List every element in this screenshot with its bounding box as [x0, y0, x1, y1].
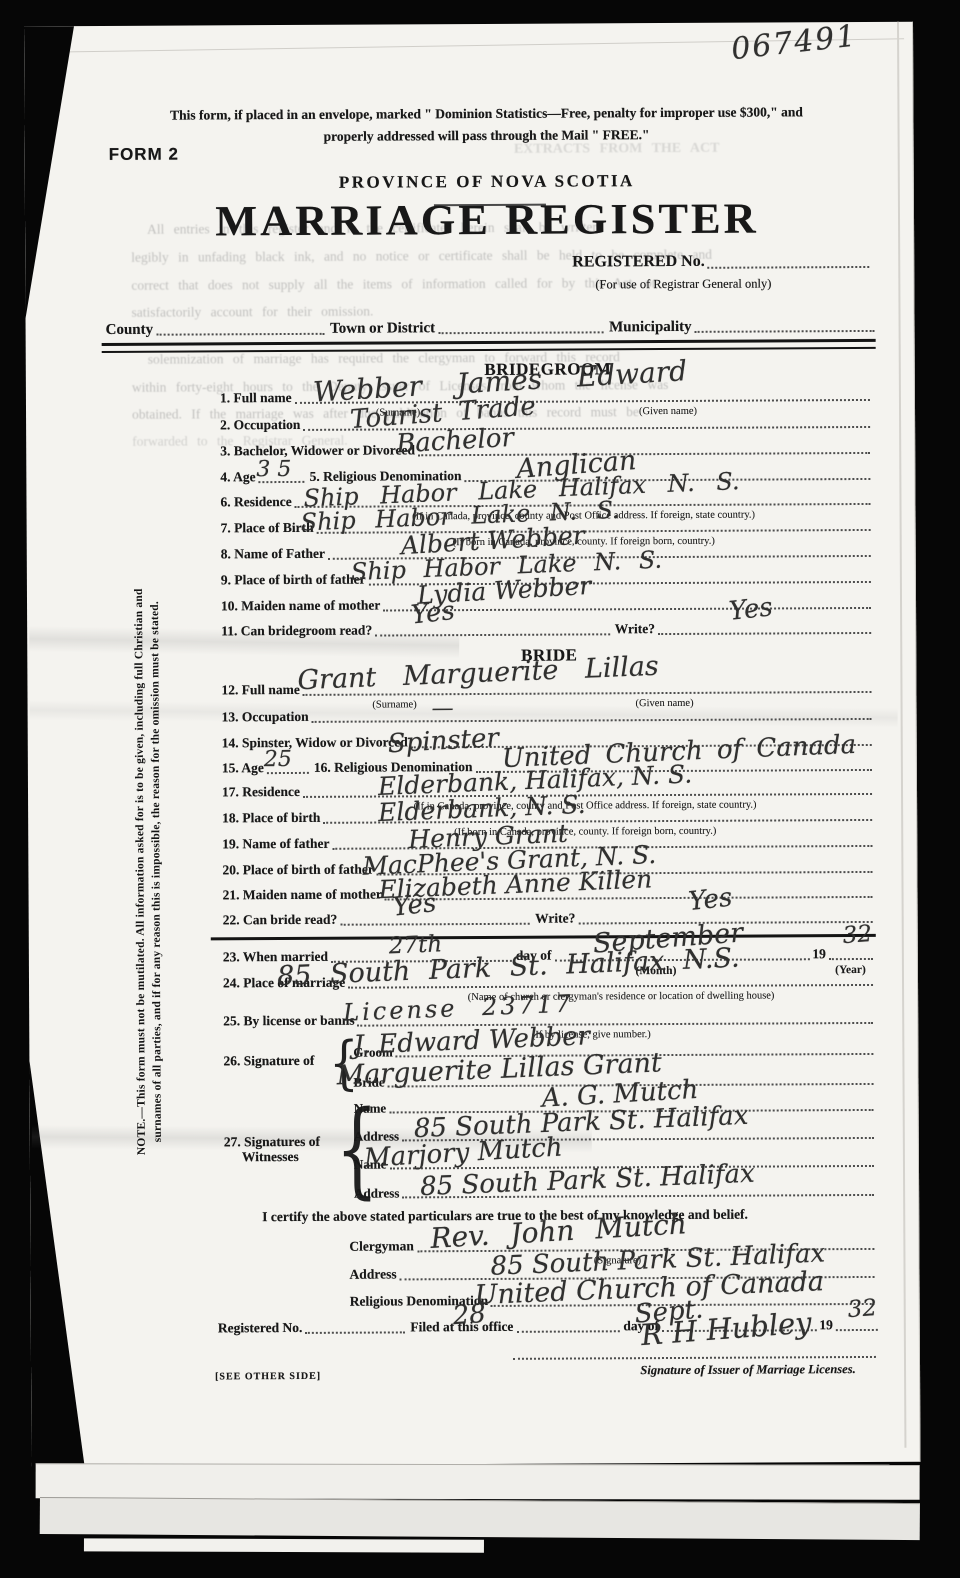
- hw-groom-age: 3 5: [256, 459, 291, 481]
- clergyman-label: Clergyman: [349, 1239, 417, 1254]
- witness2-address-label: Address: [354, 1186, 402, 1201]
- bride-full-name-label: 12. Full name: [221, 683, 302, 698]
- blank-line: [513, 1354, 876, 1360]
- municipality-blank: [695, 328, 875, 333]
- license-banns-label: 25. By license or banns: [223, 1014, 357, 1030]
- witnesses-label-line1: 27. Signatures of: [224, 1134, 320, 1151]
- father-birthplace-label: 9. Place of birth of father: [221, 573, 369, 589]
- scan-edge-mark: [915, 325, 941, 335]
- hw-groom-can-read: Yes: [410, 598, 456, 629]
- year-blank: [829, 956, 873, 960]
- hw-filed-year: 32: [847, 1297, 878, 1322]
- field-bride-read-write: 22. Can bride read? Write?: [223, 905, 873, 928]
- can-write-label: Write?: [610, 622, 658, 637]
- hw-groom-can-write: Yes: [728, 594, 774, 625]
- residence-label: 6. Residence: [220, 495, 294, 510]
- mother-name-label: 10. Maiden name of mother: [221, 599, 383, 615]
- registered-no-label: REGISTERED No.: [572, 253, 708, 271]
- hw-groom-status: Bachelor: [396, 425, 515, 458]
- bride-birthplace-label: 18. Place of birth: [222, 811, 323, 826]
- stacked-sheet-2: [40, 1497, 920, 1540]
- stacked-sheet-3: [84, 1538, 484, 1552]
- field-occupation: 2. Occupation: [220, 410, 870, 433]
- spinster-label: 14. Spinster, Widow or Divorced: [222, 736, 411, 752]
- town-district-label: Town or District: [324, 320, 438, 337]
- filed-year-prefix: 19: [816, 1318, 836, 1333]
- county-row: County Town or District Municipality: [106, 312, 875, 338]
- full-name-label: 1. Full name: [220, 391, 295, 406]
- bride-age-label: 15. Age: [222, 761, 267, 776]
- filed-day-blank: [516, 1328, 619, 1333]
- occupation-label: 2. Occupation: [220, 418, 303, 433]
- clergyman-address-label: Address: [350, 1268, 400, 1283]
- year-prefix: 19: [809, 947, 829, 962]
- signature-of-label: 26. Signature of: [223, 1053, 314, 1069]
- bleedthrough-text: correct that does not supply all the ite…: [131, 275, 656, 294]
- bride-father-birthplace-label: 20. Place of birth of father: [222, 863, 377, 879]
- filed-year-blank: [836, 1327, 878, 1331]
- registered-no-blank: [305, 1329, 405, 1334]
- witnesses-label-line2: Witnesses: [242, 1149, 299, 1165]
- write-blank: [658, 630, 871, 635]
- hw-bride-can-write: Yes: [687, 884, 733, 915]
- bride-mother-label: 21. Maiden name of mother: [223, 888, 385, 904]
- bride-can-read-label: 22. Can bride read?: [223, 913, 341, 928]
- stacked-sheet-1: [36, 1463, 920, 1500]
- bride-occupation-label: 13. Occupation: [222, 710, 312, 725]
- hw-bride-age: 25: [264, 749, 292, 771]
- issuer-signature-label: Signature of Issuer of Marriage Licenses…: [603, 1362, 893, 1379]
- bachelor-label: 3. Bachelor, Widower or Divorced: [220, 443, 418, 459]
- registered-no-hint: (For use of Registrar General only): [595, 276, 771, 292]
- hw-bride-status: Spinster: [387, 725, 499, 757]
- municipality-label: Municipality: [603, 318, 695, 335]
- bride-can-write-label: Write?: [530, 912, 578, 927]
- registered-no-row: REGISTERED No.: [572, 250, 869, 272]
- form-number: FORM 2: [109, 145, 179, 165]
- scanned-document: EXTRACTS FROM THE ACT All entries in thi…: [0, 0, 960, 1578]
- blank-line: [708, 264, 870, 269]
- field-bride-occupation: 13. Occupation: [222, 702, 872, 725]
- can-read-label: 11. Can bridegroom read?: [221, 624, 375, 640]
- witness1-name-label: Name: [354, 1101, 390, 1115]
- hw-filed-day: 28: [452, 1301, 487, 1329]
- read-blank: [375, 631, 610, 636]
- hw-bride-can-read: Yes: [391, 890, 437, 921]
- county-label: County: [106, 321, 157, 338]
- hw-bride-occupation-dash: —: [432, 698, 454, 720]
- bride-residence-label: 17. Residence: [222, 785, 303, 800]
- bride-read-blank: [340, 921, 530, 926]
- town-district-blank: [438, 329, 603, 334]
- see-other-side-note: [SEE OTHER SIDE]: [215, 1371, 321, 1383]
- father-name-label: 8. Name of Father: [221, 547, 328, 562]
- blank-line: [312, 716, 872, 723]
- document-title: MARRIAGE REGISTER: [157, 194, 816, 246]
- margin-note-line2: surnames of all parties, and if for any …: [147, 548, 166, 1196]
- county-blank: [156, 331, 324, 336]
- margin-note: NOTE.—This form must not be mutilated. A…: [131, 548, 170, 1196]
- registered-no-footer-label: Registered No.: [218, 1321, 306, 1336]
- hw-marriage-year: 32: [842, 923, 873, 948]
- bride-father-label: 19. Name of father: [222, 837, 332, 852]
- age-label: 4. Age: [220, 470, 258, 485]
- province-heading: PROVINCE OF NOVA SCOTIA: [187, 170, 787, 193]
